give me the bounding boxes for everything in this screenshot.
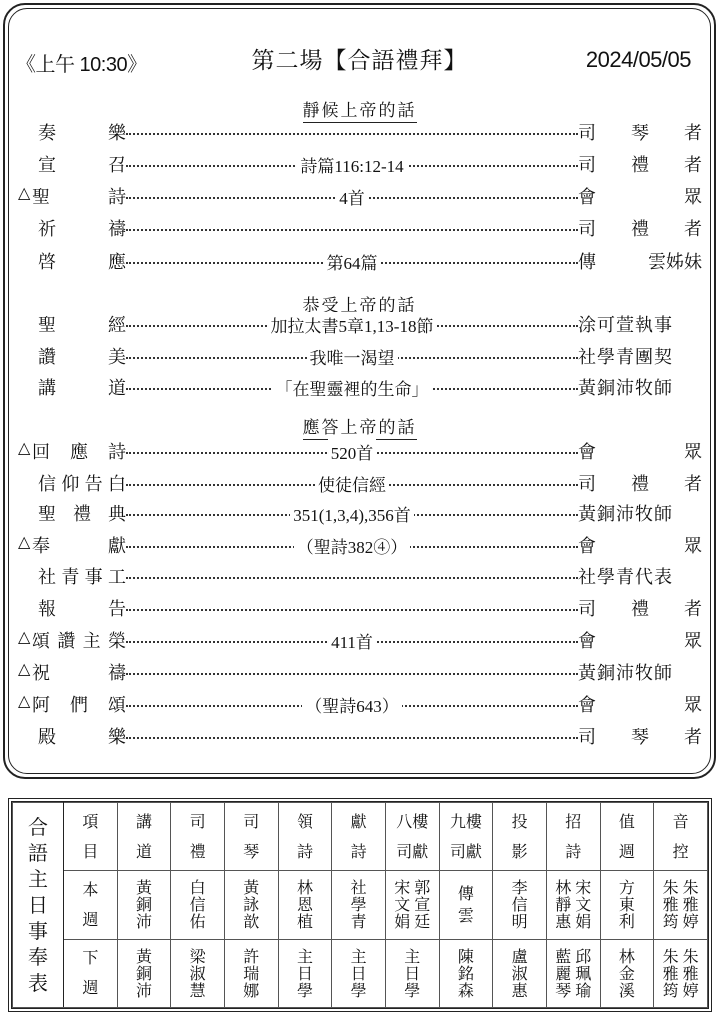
responsible-text: 者 (684, 215, 702, 241)
item-label: △奉獻 (18, 532, 126, 558)
responsible-text: 禮 (631, 470, 649, 496)
label-char: 告 (85, 470, 103, 496)
program-item: 奏樂司琴者 (18, 118, 702, 146)
responsible-text: 琴 (631, 723, 649, 749)
responsible-text: 會 (578, 691, 596, 717)
leader-dots: 411首 (126, 626, 578, 654)
leader-dots: 加拉太書5章1,13-18節 (126, 310, 578, 338)
triangle-marker-icon: △ (18, 438, 32, 464)
duty-cell: 黃銅沛 (117, 871, 171, 939)
triangle-marker-icon (18, 595, 32, 621)
duty-cell: 梁淑慧 (171, 939, 225, 1007)
leader-dots: 使徒信經 (126, 469, 578, 497)
label-char: 回 (32, 438, 50, 464)
label-char: 祈 (38, 215, 56, 241)
item-responsible: 會眾 (578, 438, 702, 464)
item-responsible: 黃銅沛牧師 (578, 659, 702, 685)
program-header: 《上午 10:30》 第二場【合語禮拜】 2024/05/05 (0, 40, 719, 74)
duty-cell: 社學青 (332, 871, 386, 939)
leader-dots (126, 214, 578, 242)
responsible-text: 司 (578, 595, 596, 621)
duty-cell: 黃銅沛 (117, 939, 171, 1007)
person-name: 郭宣廷 (413, 879, 431, 930)
program-item: 讚美我唯一渴望社學青團契 (18, 342, 702, 370)
item-responsible: 會眾 (578, 691, 702, 717)
duty-cell: 林恩植 (278, 871, 332, 939)
person-name: 宋文娟 (393, 879, 411, 930)
item-responsible: 傳雲姊妹 (578, 248, 702, 274)
leader-dots: 「在聖靈裡的生命」 (126, 373, 578, 401)
column-header: 投影 (493, 803, 547, 871)
item-label-text: 聖經 (32, 311, 126, 337)
person-name: 林恩植 (296, 879, 314, 930)
label-char: 工 (108, 563, 126, 589)
triangle-marker-icon (18, 343, 32, 369)
item-responsible: 司禮者 (578, 595, 702, 621)
label-char: 主 (83, 627, 101, 653)
item-label: 殿樂 (18, 723, 126, 749)
responsible-text: 會 (578, 183, 596, 209)
label-char: 禱 (108, 215, 126, 241)
label-char: 奏 (38, 119, 56, 145)
dotted-leader (126, 229, 578, 231)
leader-dots: 351(1,3,4),356首 (126, 499, 578, 527)
responsible-text: 會 (578, 627, 596, 653)
dotted-leader (126, 133, 578, 135)
triangle-marker-icon (18, 311, 32, 337)
item-responsible: 司琴者 (578, 723, 702, 749)
label-char: 啓 (38, 248, 56, 274)
column-header: 八樓司獻 (385, 803, 439, 871)
triangle-marker-icon (18, 723, 32, 749)
program-item: △奉獻（聖詩382④）會眾 (18, 531, 702, 559)
program-item: △阿們頌（聖詩643）會眾 (18, 690, 702, 718)
duty-cell: 主日學 (385, 939, 439, 1007)
program-item: △聖詩4首會眾 (18, 182, 702, 210)
column-header: 獻詩 (332, 803, 386, 871)
leader-dots: 詩篇116:12-14 (126, 150, 578, 178)
program-item: 講道「在聖靈裡的生命」黃銅沛牧師 (18, 373, 702, 401)
person-name: 許瑞娜 (242, 948, 260, 999)
program-item: 祈禱司禮者 (18, 214, 702, 242)
responsible-text: 黃銅沛牧師 (578, 659, 673, 685)
item-responsible: 社學青代表 (578, 563, 702, 589)
duty-cell: 白信佑 (171, 871, 225, 939)
label-char: 事 (85, 563, 103, 589)
program-item: 聖經加拉太書5章1,13-18節涂可萱執事 (18, 310, 702, 338)
row-header-cell: 項目 (64, 803, 118, 871)
triangle-marker-icon (18, 374, 32, 400)
column-header: 講道 (117, 803, 171, 871)
item-label-text: 社青事工 (32, 563, 126, 589)
item-label-text: 聖詩 (32, 183, 126, 209)
duty-cell: 李信明 (493, 871, 547, 939)
person-name: 白信佑 (189, 879, 207, 930)
item-detail: 詩篇116:12-14 (297, 152, 406, 177)
week-label: 下週 (64, 939, 118, 1007)
duty-cell: 朱雅筠朱雅婷 (654, 939, 708, 1007)
duty-table-title: 合語主日事奉表 (13, 803, 64, 1008)
responsible-text: 會 (578, 438, 596, 464)
person-name: 黃銅沛 (135, 948, 153, 999)
item-detail: 411首 (328, 628, 376, 653)
label-char: 詩 (108, 438, 126, 464)
responsible-text: 會 (578, 532, 596, 558)
responsible-text: 黃銅沛牧師 (578, 374, 673, 400)
person-name: 黃銅沛 (135, 879, 153, 930)
column-header: 值週 (600, 803, 654, 871)
dotted-leader (126, 737, 578, 739)
label-char: 榮 (108, 627, 126, 653)
label-char: 白 (108, 470, 126, 496)
duty-cell: 許瑞娜 (224, 939, 278, 1007)
label-char: 們 (70, 691, 88, 717)
item-label-text: 奉獻 (32, 532, 126, 558)
item-detail: 使徒信經 (315, 471, 389, 496)
triangle-marker-icon: △ (18, 183, 32, 209)
responsible-text: 社學青團契 (578, 343, 673, 369)
program-item: 報告司禮者 (18, 594, 702, 622)
item-label-text: 讚美 (32, 343, 126, 369)
item-detail: 第64篇 (324, 249, 381, 274)
label-char: 樂 (108, 723, 126, 749)
responsible-text: 者 (684, 595, 702, 621)
triangle-marker-icon (18, 151, 32, 177)
program-item: 信仰告白使徒信經司禮者 (18, 469, 702, 497)
responsible-text: 雲姊妹 (648, 248, 702, 274)
label-char: 社 (38, 563, 56, 589)
item-label: △阿們頌 (18, 691, 126, 717)
label-char: 聖 (32, 183, 50, 209)
responsible-text: 眾 (684, 532, 702, 558)
leader-dots: 我唯一渴望 (126, 342, 578, 370)
responsible-text: 司 (578, 119, 596, 145)
duty-cell: 方東利 (600, 871, 654, 939)
person-name: 盧淑惠 (511, 948, 529, 999)
label-char: 祝 (32, 659, 50, 685)
item-label-text: 祝禱 (32, 659, 126, 685)
label-char: 講 (38, 374, 56, 400)
leader-dots (126, 594, 578, 622)
label-char: 樂 (108, 119, 126, 145)
label-char: 美 (108, 343, 126, 369)
label-char: 典 (108, 500, 126, 526)
leader-dots: 4首 (126, 182, 578, 210)
item-label: 報告 (18, 595, 126, 621)
item-label: 講道 (18, 374, 126, 400)
label-char: 殿 (38, 723, 56, 749)
person-name: 林金溪 (618, 948, 636, 999)
duty-row: 下週黃銅沛梁淑慧許瑞娜主日學主日學主日學陳銘森盧淑惠藍麗琴邱珮瑜林金溪朱雅筠朱雅… (13, 939, 708, 1007)
person-name: 宋文娟 (574, 879, 592, 930)
program-item: 宣召詩篇116:12-14司禮者 (18, 150, 702, 178)
responsible-text: 傳 (578, 248, 596, 274)
dotted-leader (126, 673, 578, 675)
item-responsible: 黃銅沛牧師 (578, 500, 702, 526)
leader-dots: 第64篇 (126, 247, 578, 275)
label-char: 禱 (108, 659, 126, 685)
responsible-text: 者 (684, 119, 702, 145)
label-char: 報 (38, 595, 56, 621)
label-char: 聖 (38, 500, 56, 526)
responsible-text: 者 (684, 470, 702, 496)
duty-cell: 藍麗琴邱珮瑜 (546, 939, 600, 1007)
person-name: 朱雅婷 (682, 948, 700, 999)
person-name: 朱雅筠 (662, 948, 680, 999)
item-label: 宣召 (18, 151, 126, 177)
responsible-text: 眾 (684, 627, 702, 653)
label-char: 召 (108, 151, 126, 177)
item-label: △頌讚主榮 (18, 627, 126, 653)
responsible-text: 黃銅沛牧師 (578, 500, 673, 526)
item-label-text: 宣召 (32, 151, 126, 177)
duty-header-row: 合語主日事奉表項目講道司禮司琴領詩獻詩八樓司獻九樓司獻投影招詩值週音控 (13, 803, 708, 871)
responsible-text: 眾 (684, 183, 702, 209)
triangle-marker-icon (18, 248, 32, 274)
duty-cell: 黃詠歆 (224, 871, 278, 939)
program-item: 殿樂司琴者 (18, 722, 702, 750)
section-heading: 應答上帝的話 (0, 413, 719, 439)
label-char: 讚 (57, 627, 75, 653)
program-item: △回應詩520首會眾 (18, 437, 702, 465)
service-date: 2024/05/05 (586, 47, 691, 73)
column-header: 音控 (654, 803, 708, 871)
program-item: 聖禮典351(1,3,4),356首黃銅沛牧師 (18, 499, 702, 527)
duty-cell: 盧淑惠 (493, 939, 547, 1007)
responsible-text: 琴 (631, 119, 649, 145)
label-char: 告 (108, 595, 126, 621)
label-char: 應 (70, 438, 88, 464)
triangle-marker-icon: △ (18, 659, 32, 685)
item-responsible: 司禮者 (578, 470, 702, 496)
item-label: △聖詩 (18, 183, 126, 209)
person-name: 黃詠歆 (242, 879, 260, 930)
program-item: 社青事工社學青代表 (18, 562, 702, 590)
item-detail: 520首 (328, 439, 377, 464)
responsible-text: 禮 (631, 595, 649, 621)
leader-dots (126, 658, 578, 686)
duty-table: 合語主日事奉表項目講道司禮司琴領詩獻詩八樓司獻九樓司獻投影招詩值週音控本週黃銅沛… (12, 802, 708, 1008)
item-label: 社青事工 (18, 563, 126, 589)
item-label-text: 奏樂 (32, 119, 126, 145)
item-label-text: 講道 (32, 374, 126, 400)
duty-cell: 林金溪 (600, 939, 654, 1007)
triangle-marker-icon (18, 563, 32, 589)
responsible-text: 禮 (631, 151, 649, 177)
triangle-marker-icon: △ (18, 532, 32, 558)
item-label: 奏樂 (18, 119, 126, 145)
triangle-marker-icon (18, 470, 32, 496)
label-char: 經 (108, 311, 126, 337)
person-name: 朱雅婷 (682, 879, 700, 930)
item-label-text: 頌讚主榮 (32, 627, 126, 653)
item-label: △祝禱 (18, 659, 126, 685)
item-label-text: 祈禱 (32, 215, 126, 241)
triangle-marker-icon (18, 119, 32, 145)
item-label-text: 報告 (32, 595, 126, 621)
item-responsible: 社學青團契 (578, 343, 702, 369)
responsible-text: 眾 (684, 438, 702, 464)
leader-dots (126, 118, 578, 146)
column-header: 司禮 (171, 803, 225, 871)
item-label: 啓應 (18, 248, 126, 274)
label-char: 仰 (61, 470, 79, 496)
duty-roster: 合語主日事奉表項目講道司禮司琴領詩獻詩八樓司獻九樓司獻投影招詩值週音控本週黃銅沛… (8, 798, 712, 1012)
item-label-text: 阿們頌 (32, 691, 126, 717)
person-name: 主日學 (296, 948, 314, 999)
leader-dots: （聖詩643） (126, 690, 578, 718)
item-responsible: 黃銅沛牧師 (578, 374, 702, 400)
label-char: 應 (108, 248, 126, 274)
person-name: 主日學 (350, 948, 368, 999)
item-label: 祈禱 (18, 215, 126, 241)
leader-dots (126, 562, 578, 590)
item-responsible: 司琴者 (578, 119, 702, 145)
person-name: 藍麗琴 (554, 948, 572, 999)
item-label: 聖禮典 (18, 500, 126, 526)
triangle-marker-icon: △ (18, 627, 32, 653)
duty-cell: 主日學 (332, 939, 386, 1007)
person-name: 傳雲 (457, 883, 475, 927)
responsible-text: 涂可萱執事 (578, 311, 673, 337)
item-detail: （聖詩382④） (294, 533, 411, 558)
program-item: △頌讚主榮411首會眾 (18, 626, 702, 654)
item-responsible: 司禮者 (578, 151, 702, 177)
item-label-text: 殿樂 (32, 723, 126, 749)
item-detail: 「在聖靈裡的生命」 (273, 375, 432, 400)
person-name: 主日學 (403, 948, 421, 999)
item-detail: 4首 (336, 184, 368, 209)
duty-cell: 朱雅筠朱雅婷 (654, 871, 708, 939)
item-responsible: 司禮者 (578, 215, 702, 241)
duty-cell: 宋文娟郭宣廷 (385, 871, 439, 939)
triangle-marker-icon (18, 500, 32, 526)
item-label-text: 回應詩 (32, 438, 126, 464)
label-char: 聖 (38, 311, 56, 337)
triangle-marker-icon: △ (18, 691, 32, 717)
label-char: 禮 (73, 500, 91, 526)
label-char: 青 (61, 563, 79, 589)
label-char: 頌 (108, 691, 126, 717)
duty-cell: 林靜惠宋文娟 (546, 871, 600, 939)
leader-dots: 520首 (126, 437, 578, 465)
item-responsible: 涂可萱執事 (578, 311, 702, 337)
person-name: 邱珮瑜 (574, 948, 592, 999)
person-name: 林靜惠 (554, 879, 572, 930)
label-char: 讚 (38, 343, 56, 369)
item-label-text: 啓應 (32, 248, 126, 274)
person-name: 方東利 (618, 879, 636, 930)
column-header: 招詩 (546, 803, 600, 871)
item-detail: 351(1,3,4),356首 (290, 501, 414, 526)
item-label-text: 聖禮典 (32, 500, 126, 526)
duty-cell: 陳銘森 (439, 939, 493, 1007)
responsible-text: 社學青代表 (578, 563, 673, 589)
week-label: 本週 (64, 871, 118, 939)
item-responsible: 會眾 (578, 627, 702, 653)
label-char: 信 (38, 470, 56, 496)
duty-cell: 主日學 (278, 939, 332, 1007)
responsible-text: 司 (578, 215, 596, 241)
label-char: 道 (108, 374, 126, 400)
person-name: 李信明 (511, 879, 529, 930)
person-name: 社學青 (350, 879, 368, 930)
program-item: △祝禱黃銅沛牧師 (18, 658, 702, 686)
person-name: 陳銘森 (457, 948, 475, 999)
duty-row: 本週黃銅沛白信佑黃詠歆林恩植社學青宋文娟郭宣廷傳雲李信明林靜惠宋文娟方東利朱雅筠… (13, 871, 708, 939)
item-label: 讚美 (18, 343, 126, 369)
item-detail: 我唯一渴望 (307, 344, 398, 369)
responsible-text: 者 (684, 723, 702, 749)
item-detail: 加拉太書5章1,13-18節 (268, 312, 437, 337)
label-char: 奉 (32, 532, 50, 558)
person-name: 朱雅筠 (662, 879, 680, 930)
responsible-text: 者 (684, 151, 702, 177)
item-detail: （聖詩643） (302, 692, 402, 717)
column-header: 九樓司獻 (439, 803, 493, 871)
responsible-text: 司 (578, 470, 596, 496)
item-label: △回應詩 (18, 438, 126, 464)
program-item: 啓應第64篇傳雲姊妹 (18, 247, 702, 275)
column-header: 領詩 (278, 803, 332, 871)
label-char: 獻 (108, 532, 126, 558)
leader-dots: （聖詩382④） (126, 531, 578, 559)
label-char: 阿 (32, 691, 50, 717)
item-label: 聖經 (18, 311, 126, 337)
responsible-text: 眾 (684, 691, 702, 717)
label-char: 頌 (32, 627, 50, 653)
responsible-text: 司 (578, 723, 596, 749)
label-char: 詩 (108, 183, 126, 209)
item-responsible: 會眾 (578, 183, 702, 209)
triangle-marker-icon (18, 215, 32, 241)
duty-cell: 傳雲 (439, 871, 493, 939)
dotted-leader (126, 577, 578, 579)
person-name: 梁淑慧 (189, 948, 207, 999)
responsible-text: 司 (578, 151, 596, 177)
column-header: 司琴 (224, 803, 278, 871)
leader-dots (126, 722, 578, 750)
item-label-text: 信仰告白 (32, 470, 126, 496)
label-char: 宣 (38, 151, 56, 177)
dotted-leader (126, 609, 578, 611)
responsible-text: 禮 (631, 215, 649, 241)
item-label: 信仰告白 (18, 470, 126, 496)
item-responsible: 會眾 (578, 532, 702, 558)
